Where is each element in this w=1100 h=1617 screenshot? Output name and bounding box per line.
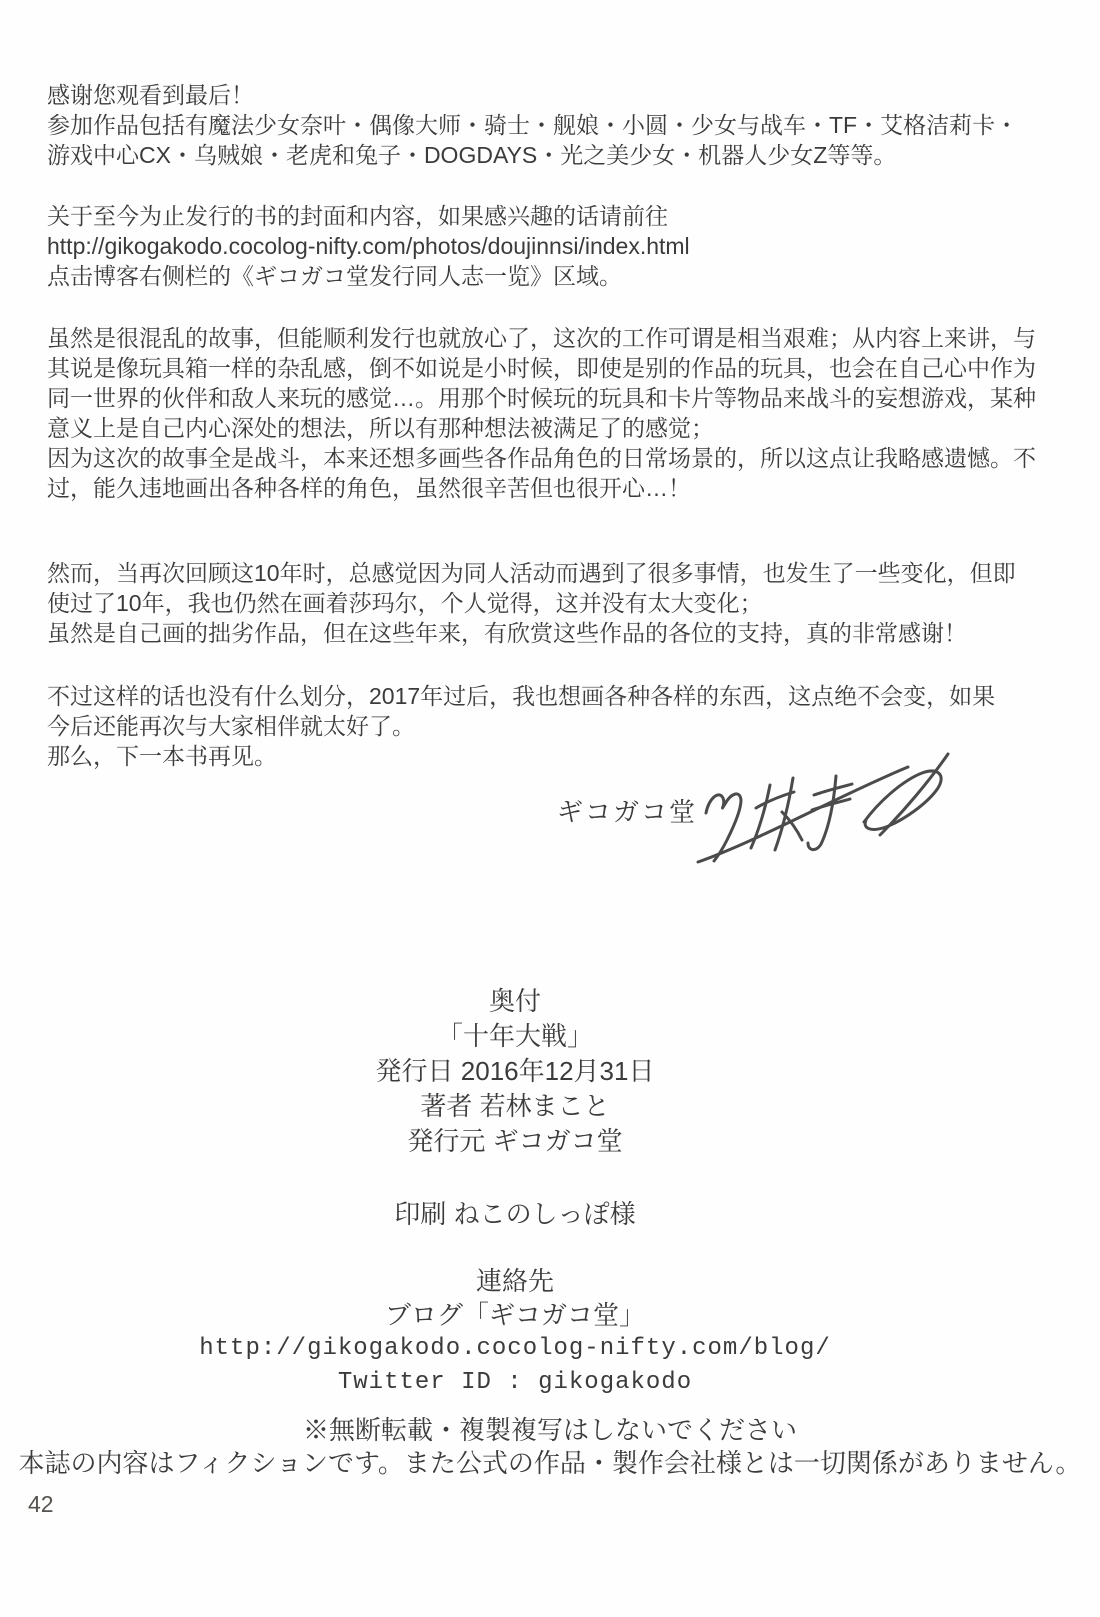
text-line: 其说是像玩具箱一样的杂乱感，倒不如说是小时候，即使是别的作品的玩具，也会在自己心… xyxy=(47,353,1060,383)
notices-section: ※無断転載・複製複写はしないでください 本誌の内容はフィクションです。また公式の… xyxy=(0,1414,1100,1480)
publish-date: 発行日 2016年12月31日 xyxy=(0,1054,1030,1089)
contact-section: 連絡先 ブログ「ギコガコ堂」 http://gikogakodo.cocolog… xyxy=(0,1264,1030,1400)
afterword-section: 感谢您观看到最后！ 参加作品包括有魔法少女奈叶・偶像大师・骑士・舰娘・小圆・少女… xyxy=(0,0,1100,771)
text-line: 参加作品包括有魔法少女奈叶・偶像大师・骑士・舰娘・小圆・少女与战车・TF・艾格洁… xyxy=(47,110,1060,140)
text-line: 同一世界的伙伴和敌人来玩的感觉…。用那个时候玩的玩具和卡片等物品来战斗的妄想游戏… xyxy=(47,383,1060,413)
text-line: 点击博客右侧栏的《ギコガコ堂发行同人志一览》区域。 xyxy=(47,261,1060,291)
colophon-heading: 奥付 xyxy=(0,984,1030,1019)
printer-credit: 印刷 ねこのしっぽ様 xyxy=(0,1194,1030,1231)
text-line: 虽然是很混乱的故事，但能顺利发行也就放心了，这次的工作可谓是相当艰难；从内容上来… xyxy=(47,323,1060,353)
afterword-paragraph-blog-info: 关于至今为止发行的书的封面和内容，如果感兴趣的话请前往 http://gikog… xyxy=(47,201,1060,291)
text-line: 使过了10年，我也仍然在画着莎玛尔，个人觉得，这并没有太大变化； xyxy=(47,588,1060,618)
text-line: 意义上是自己内心深处的想法，所以有那种想法被满足了的感觉； xyxy=(47,413,1060,443)
fiction-disclaimer: 本誌の内容はフィクションです。また公式の作品・製作会社様とは一切関係がありません… xyxy=(0,1447,1100,1480)
afterword-paragraph-ten-years: 然而，当再次回顾这10年时，总感觉因为同人活动而遇到了很多事情，也发生了一些变化… xyxy=(47,558,1060,648)
text-line: 今后还能再次与大家相伴就太好了。 xyxy=(47,711,1060,741)
text-line: 不过这样的话也没有什么划分，2017年过后，我也想画各种各样的东西，这点绝不会变… xyxy=(47,681,1060,711)
text-line: 关于至今为止发行的书的封面和内容，如果感兴趣的话请前往 xyxy=(47,201,1060,231)
page-number: 42 xyxy=(28,1491,54,1518)
photos-index-url: http://gikogakodo.cocolog-nifty.com/phot… xyxy=(47,231,1060,261)
scanned-afterword-page: 感谢您观看到最后！ 参加作品包括有魔法少女奈叶・偶像大师・骑士・舰娘・小圆・少女… xyxy=(0,0,1100,1617)
text-line: 感谢您观看到最后！ xyxy=(47,80,1060,110)
text-line: 游戏中心CX・乌贼娘・老虎和兔子・DOGDAYS・光之美少女・机器人少女Z等等。 xyxy=(47,140,1060,170)
text-line: 虽然是自己画的拙劣作品，但在这些年来，有欣赏这些作品的各位的支持，真的非常感谢！ xyxy=(47,618,1060,648)
afterword-paragraph-thanks: 感谢您观看到最后！ 参加作品包括有魔法少女奈叶・偶像大师・骑士・舰娘・小圆・少女… xyxy=(47,80,1060,170)
blog-url: http://gikogakodo.cocolog-nifty.com/blog… xyxy=(0,1332,1030,1366)
twitter-id: Twitter ID : gikogakodo xyxy=(0,1366,1030,1400)
text-line: 过，能久违地画出各种各样的角色，虽然很辛苦但也很开心…！ xyxy=(47,473,1060,503)
text-line: 因为这次的故事全是战斗，本来还想多画些各作品角色的日常场景的，所以这点让我略感遗… xyxy=(47,443,1060,473)
author-name: 著者 若林まこと xyxy=(0,1089,1030,1124)
publisher-name: 発行元 ギコガコ堂 xyxy=(0,1124,1030,1159)
afterword-paragraph-story: 虽然是很混乱的故事，但能顺利发行也就放心了，这次的工作可谓是相当艰难；从内容上来… xyxy=(47,323,1060,503)
book-title: 「十年大戦」 xyxy=(0,1019,1030,1054)
colophon-section: 奥付 「十年大戦」 発行日 2016年12月31日 著者 若林まこと 発行元 ギ… xyxy=(0,984,1030,1159)
author-signature-handwriting xyxy=(690,740,960,880)
no-reproduction-notice: ※無断転載・複製複写はしないでください xyxy=(0,1414,1100,1447)
contact-heading: 連絡先 xyxy=(0,1264,1030,1298)
circle-name: ギコガコ堂 xyxy=(557,792,697,829)
blog-name: ブログ「ギコガコ堂」 xyxy=(0,1298,1030,1332)
text-line: 然而，当再次回顾这10年时，总感觉因为同人活动而遇到了很多事情，也发生了一些变化… xyxy=(47,558,1060,588)
